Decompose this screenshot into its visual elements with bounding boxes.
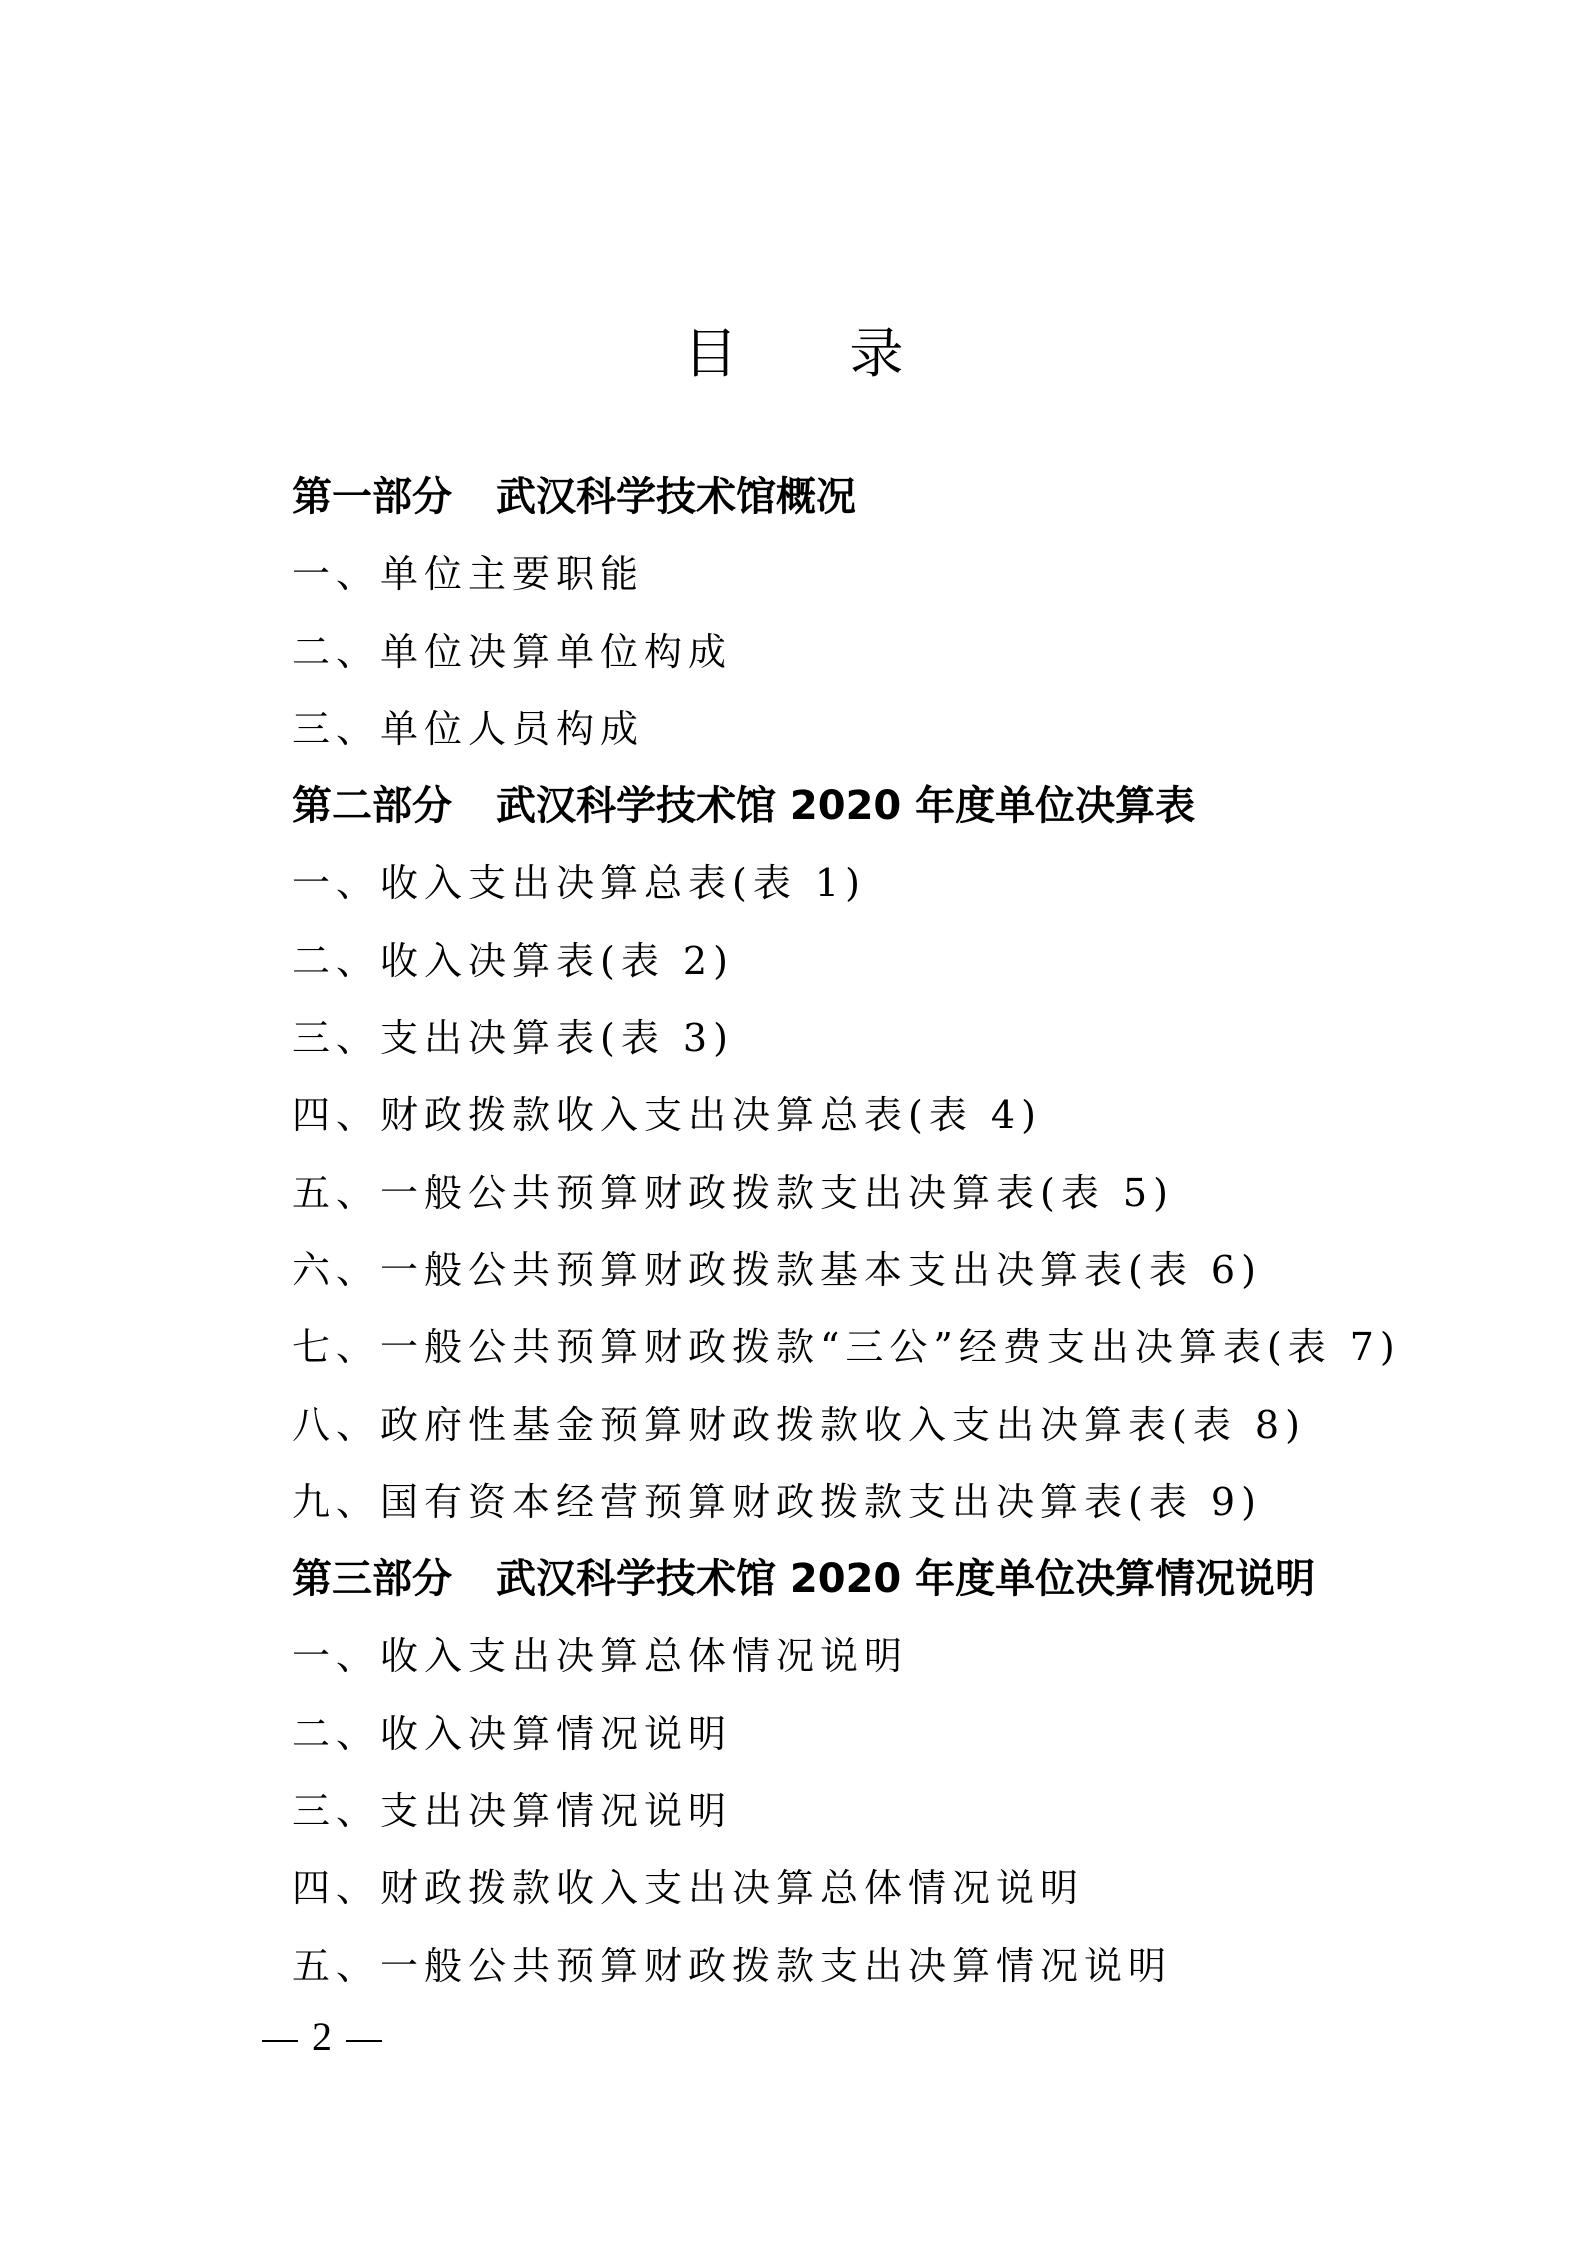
title-char-1: 目 [684, 318, 738, 390]
toc-item[interactable]: 三、支出决算情况说明 [292, 1780, 1492, 1857]
toc-part-heading-1[interactable]: 第一部分武汉科学技术馆概况 [292, 466, 1492, 543]
toc-item[interactable]: 八、政府性基金预算财政拨款收入支出决算表(表 8) [292, 1394, 1492, 1471]
toc-item[interactable]: 二、收入决算表(表 2) [292, 930, 1492, 1007]
part-title: 武汉科学技术馆概况 [496, 474, 856, 520]
page-number-dash-right [346, 2040, 382, 2042]
part-label: 第三部分 [292, 1556, 452, 1602]
part-label: 第二部分 [292, 783, 452, 829]
toc-item[interactable]: 四、财政拨款收入支出决算总体情况说明 [292, 1857, 1492, 1934]
toc-part-heading-3[interactable]: 第三部分武汉科学技术馆 2020 年度单位决算情况说明 [292, 1548, 1492, 1625]
page-number-dash-left [262, 2040, 298, 2042]
toc-item[interactable]: 五、一般公共预算财政拨款支出决算表(表 5) [292, 1162, 1492, 1239]
part-title: 武汉科学技术馆 2020 年度单位决算表 [496, 783, 1195, 829]
toc-item[interactable]: 一、单位主要职能 [292, 543, 1492, 620]
toc-item[interactable]: 三、单位人员构成 [292, 698, 1492, 775]
toc-item[interactable]: 三、支出决算表(表 3) [292, 1007, 1492, 1084]
page-title: 目录 [0, 318, 1587, 390]
toc-item[interactable]: 二、单位决算单位构成 [292, 621, 1492, 698]
toc-part-heading-2[interactable]: 第二部分武汉科学技术馆 2020 年度单位决算表 [292, 775, 1492, 852]
toc-item[interactable]: 九、国有资本经营预算财政拨款支出决算表(表 9) [292, 1471, 1492, 1548]
toc-item[interactable]: 七、一般公共预算财政拨款“三公”经费支出决算表(表 7) [292, 1316, 1492, 1393]
part-label: 第一部分 [292, 474, 452, 520]
toc-item[interactable]: 六、一般公共预算财政拨款基本支出决算表(表 6) [292, 1239, 1492, 1316]
page-number-value: 2 [312, 2014, 332, 2059]
toc-item[interactable]: 一、收入支出决算总体情况说明 [292, 1625, 1492, 1702]
toc-item[interactable]: 二、收入决算情况说明 [292, 1703, 1492, 1780]
toc-item[interactable]: 四、财政拨款收入支出决算总表(表 4) [292, 1084, 1492, 1161]
table-of-contents: 第一部分武汉科学技术馆概况 一、单位主要职能 二、单位决算单位构成 三、单位人员… [292, 466, 1492, 2012]
title-char-2: 录 [850, 318, 904, 390]
page-number: 2 [248, 2012, 396, 2062]
part-title: 武汉科学技术馆 2020 年度单位决算情况说明 [496, 1556, 1315, 1602]
toc-item[interactable]: 一、收入支出决算总表(表 1) [292, 852, 1492, 929]
toc-item[interactable]: 五、一般公共预算财政拨款支出决算情况说明 [292, 1935, 1492, 2012]
